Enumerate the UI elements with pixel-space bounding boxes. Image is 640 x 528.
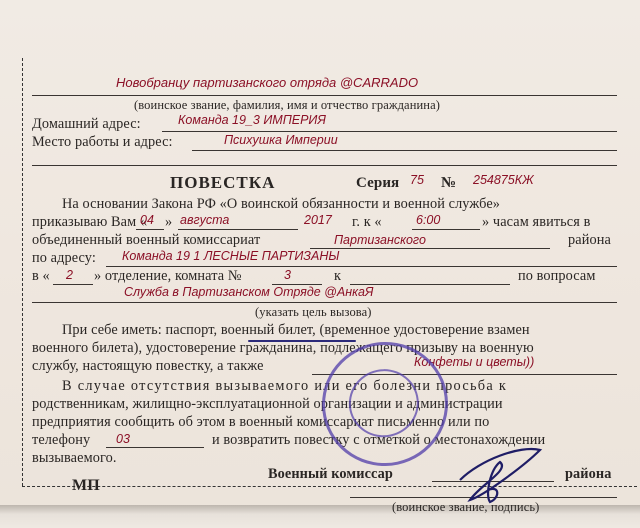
number-value: 254875КЖ bbox=[473, 173, 534, 187]
department-suffix: » отделение, комната № bbox=[94, 268, 242, 285]
workplace-label: Место работы и адрес: bbox=[32, 134, 173, 151]
time-suffix: » часам явиться в bbox=[482, 214, 590, 231]
phone-line bbox=[106, 447, 204, 448]
separator-line bbox=[32, 165, 617, 166]
department-value: 2 bbox=[66, 268, 73, 282]
address-label: по адресу: bbox=[32, 250, 96, 267]
stamp-place: МП bbox=[72, 477, 100, 495]
month-value: августа bbox=[180, 213, 229, 227]
purpose-caption: (указать цель вызова) bbox=[255, 305, 372, 320]
signature-scribble bbox=[440, 440, 560, 510]
day-line bbox=[136, 229, 164, 230]
commissar-label: Военный комиссар bbox=[268, 466, 393, 483]
district-line bbox=[310, 248, 550, 249]
recipient-caption: (воинское звание, фамилия, имя и отчеств… bbox=[134, 98, 440, 113]
home-address-value: Команда 19_3 ИМПЕРИЯ bbox=[178, 113, 326, 127]
department-line bbox=[53, 284, 93, 285]
home-address-line bbox=[162, 131, 617, 132]
commissariat-label: объединенный военный комиссариат bbox=[32, 232, 260, 249]
number-label: № bbox=[441, 175, 456, 192]
year-value: 2017 bbox=[304, 213, 332, 227]
year-suffix: г. к « bbox=[352, 214, 382, 231]
address-value: Команда 19 1 ЛЕСНЫЕ ПАРТИЗАНЫ bbox=[122, 249, 339, 263]
home-address-label: Домашний адрес: bbox=[32, 116, 141, 133]
p2-line1: При себе иметь: паспорт, военный билет, … bbox=[62, 322, 530, 339]
p3-line5: вызываемого. bbox=[32, 450, 117, 467]
summons-title: ПОВЕСТКА bbox=[170, 173, 275, 193]
series-value: 75 bbox=[410, 173, 424, 187]
purpose-value: Служба в Партизанском Отряде @АнкаЯ bbox=[124, 285, 373, 299]
recipient-line bbox=[32, 95, 617, 96]
time-value: 6:00 bbox=[416, 213, 440, 227]
district-suffix: района bbox=[568, 232, 611, 249]
department-prefix: в « bbox=[32, 268, 50, 285]
p1-order: приказываю Вам « bbox=[32, 214, 147, 231]
address-line bbox=[106, 266, 617, 267]
p3-phone-label: телефону bbox=[32, 432, 90, 449]
room-value: 3 bbox=[284, 268, 291, 282]
p1-line1: На основании Закона РФ «О воинской обяза… bbox=[62, 196, 500, 213]
commissar-suffix: района bbox=[565, 466, 611, 483]
workplace-value: Психушка Империи bbox=[224, 133, 338, 147]
recipient-name: Новобранцу партизанского отряда @CARRADO bbox=[116, 75, 418, 90]
phone-value: 03 bbox=[116, 432, 130, 446]
questions-label: по вопросам bbox=[518, 268, 596, 285]
time-line bbox=[412, 229, 480, 230]
to-label: к bbox=[334, 268, 341, 285]
to-line bbox=[350, 284, 510, 285]
purpose-line bbox=[32, 302, 617, 303]
p2-line3: службу, настоящую повестку, а также bbox=[32, 358, 264, 375]
district-value: Партизанского bbox=[334, 233, 426, 247]
cut-line-left bbox=[22, 58, 23, 486]
month-line bbox=[178, 229, 298, 230]
workplace-line bbox=[192, 150, 617, 151]
day-value: 04 bbox=[140, 213, 154, 227]
series-label: Серия bbox=[356, 175, 399, 192]
